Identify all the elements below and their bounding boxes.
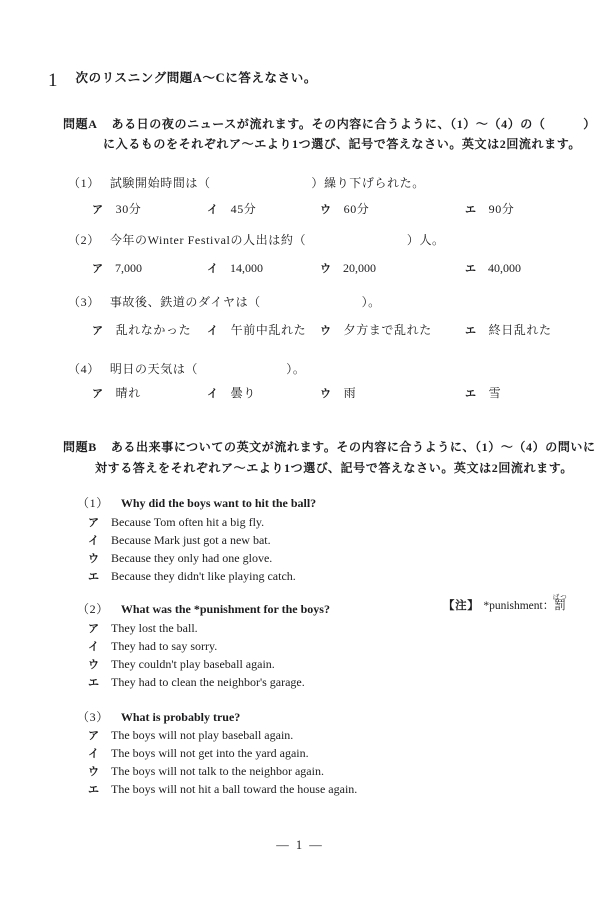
choice-kana: ウ	[88, 659, 99, 671]
part-b-question-3: （3）What is probably true?	[77, 710, 240, 724]
section-heading: 1次のリスニング問題A〜Cに答えなさい。	[48, 70, 317, 93]
choice-kana: エ	[465, 263, 476, 275]
choice-kana: イ	[88, 748, 99, 760]
choice-u: ウ雨	[320, 386, 356, 401]
choice-text: 終日乱れた	[489, 323, 552, 337]
choice-text: 40,000	[488, 261, 521, 275]
part-b-label: 問題B	[63, 440, 97, 454]
choice-text: 夕方まで乱れた	[344, 323, 432, 337]
choice-kana: エ	[465, 388, 477, 400]
choice-i: イ午前中乱れた	[207, 323, 306, 338]
question-text: 試験開始時間は（ ）繰り下げられた。	[110, 176, 425, 190]
choice-e: エThey had to clean the neighbor's garage…	[88, 675, 305, 690]
choice-kana: エ	[88, 784, 99, 796]
page-number: — 1 —	[0, 838, 600, 853]
choice-text: 14,000	[230, 261, 263, 275]
choice-e: エBecause they didn't like playing catch.	[88, 569, 296, 584]
choice-kana: ア	[92, 388, 104, 400]
choice-kana: ウ	[320, 325, 332, 337]
part-a-instruction-line2: に入るものをそれぞれア〜エより1つ選び、記号で答えなさい。英文は2回流れます。	[103, 137, 581, 151]
choice-text: Because they didn't like playing catch.	[111, 569, 296, 583]
choice-u: ウThe boys will not talk to the neighbor …	[88, 764, 324, 779]
choice-a: アThe boys will not play baseball again.	[88, 728, 293, 743]
choice-text: Because Mark just got a new bat.	[111, 533, 271, 547]
part-b-instruction-line2: 対する答えをそれぞれア〜エより1つ選び、記号で答えなさい。英文は2回流れます。	[95, 461, 573, 475]
choice-e: エ40,000	[465, 261, 521, 276]
part-a-question-3-choices: ア乱れなかった イ午前中乱れた ウ夕方まで乱れた エ終日乱れた	[0, 323, 600, 339]
choice-kana: ア	[92, 263, 103, 275]
part-a-question-2-choices: ア7,000 イ14,000 ウ20,000 エ40,000	[0, 261, 600, 277]
choice-a: アBecause Tom often hit a big fly.	[88, 515, 264, 530]
choice-kana: イ	[207, 388, 219, 400]
choice-a: アThey lost the ball.	[88, 621, 198, 636]
choice-kana: イ	[207, 263, 218, 275]
choice-text: 曇り	[231, 386, 256, 400]
choice-u: ウ60分	[320, 202, 369, 217]
part-a-question-4-choices: ア晴れ イ曇り ウ雨 エ雪	[0, 386, 600, 402]
vocabulary-note: 【注】*punishment：罰ばつ	[443, 594, 568, 614]
choice-kana: ア	[88, 623, 99, 635]
choice-kana: イ	[88, 535, 99, 547]
choice-text: 30分	[116, 202, 142, 216]
choice-text: 45分	[231, 202, 257, 216]
choice-text: They lost the ball.	[111, 621, 198, 635]
choice-kana: イ	[207, 204, 219, 216]
part-a-question-4: （4）明日の天気は（ ）。	[68, 362, 305, 376]
choice-u: ウ20,000	[320, 261, 376, 276]
choice-text: They had to say sorry.	[111, 639, 217, 653]
choice-kana: イ	[207, 325, 219, 337]
question-number: （2）	[77, 602, 109, 616]
choice-kana: ア	[92, 204, 104, 216]
choice-text: 90分	[489, 202, 515, 216]
choice-kana: エ	[465, 204, 477, 216]
choice-text: 60分	[344, 202, 370, 216]
part-a-question-1: （1）試験開始時間は（ ）繰り下げられた。	[68, 176, 425, 190]
choice-text: 雪	[489, 386, 502, 400]
choice-text: 乱れなかった	[116, 323, 192, 337]
choice-text: They had to clean the neighbor's garage.	[111, 675, 305, 689]
furigana: ばつ	[553, 594, 568, 601]
question-number: （2）	[68, 233, 100, 247]
choice-i: イ14,000	[207, 261, 263, 276]
choice-i: イ曇り	[207, 386, 256, 401]
question-text: Why did the boys want to hit the ball?	[121, 496, 316, 510]
choice-kana: ア	[88, 730, 99, 742]
choice-e: エ90分	[465, 202, 514, 217]
choice-text: 雨	[344, 386, 357, 400]
choice-i: イThe boys will not get into the yard aga…	[88, 746, 309, 761]
part-a-question-1-choices: ア30分 イ45分 ウ60分 エ90分	[0, 202, 600, 218]
question-number: （3）	[77, 710, 109, 724]
choice-text: The boys will not hit a ball toward the …	[111, 782, 357, 796]
exam-page: { "header": { "section_number": "1", "ti…	[0, 0, 600, 900]
choice-text: The boys will not play baseball again.	[111, 728, 293, 742]
choice-text: Because Tom often hit a big fly.	[111, 515, 264, 529]
question-number: （3）	[68, 295, 100, 309]
choice-u: ウThey couldn't play baseball again.	[88, 657, 275, 672]
part-a-label: 問題A	[63, 117, 97, 131]
choice-text: 20,000	[343, 261, 376, 275]
choice-text: They couldn't play baseball again.	[111, 657, 275, 671]
choice-kana: ウ	[88, 553, 99, 565]
choice-kana: イ	[88, 641, 99, 653]
choice-a: ア晴れ	[92, 386, 141, 401]
part-a-question-3: （3）事故後、鉄道のダイヤは（ ）。	[68, 295, 381, 309]
note-label: 【注】	[443, 600, 479, 612]
question-text: What was the *punishment for the boys?	[121, 602, 330, 616]
choice-u: ウBecause they only had one glove.	[88, 551, 272, 566]
section-title: 次のリスニング問題A〜Cに答えなさい。	[76, 71, 317, 85]
choice-a: ア30分	[92, 202, 141, 217]
part-a-question-2: （2）今年のWinter Festivalの人出は約（ ）人。	[68, 233, 445, 247]
question-text: 今年のWinter Festivalの人出は約（ ）人。	[110, 233, 445, 247]
note-word-with-furigana: 罰ばつ	[554, 600, 568, 612]
choice-a: ア7,000	[92, 261, 142, 276]
question-text: 明日の天気は（ ）。	[110, 362, 306, 376]
choice-i: イThey had to say sorry.	[88, 639, 217, 654]
choice-e: エ雪	[465, 386, 501, 401]
choice-text: Because they only had one glove.	[111, 551, 272, 565]
choice-kana: エ	[465, 325, 477, 337]
choice-kana: ア	[92, 325, 104, 337]
choice-i: イ45分	[207, 202, 256, 217]
choice-e: エ終日乱れた	[465, 323, 552, 338]
part-b-question-2: （2）What was the *punishment for the boys…	[77, 602, 330, 616]
choice-e: エThe boys will not hit a ball toward the…	[88, 782, 357, 797]
choice-kana: ウ	[320, 388, 332, 400]
choice-text: The boys will not talk to the neighbor a…	[111, 764, 324, 778]
choice-a: ア乱れなかった	[92, 323, 191, 338]
question-number: （4）	[68, 362, 100, 376]
choice-kana: ウ	[320, 204, 332, 216]
choice-kana: ア	[88, 517, 99, 529]
choice-i: イBecause Mark just got a new bat.	[88, 533, 271, 548]
choice-text: 7,000	[115, 261, 142, 275]
part-a-instruction-line1: 問題Aある日の夜のニュースが流れます。その内容に合うように、（1）〜（4）の（ …	[63, 117, 596, 131]
choice-text: 晴れ	[116, 386, 141, 400]
choice-kana: エ	[88, 677, 99, 689]
question-text: 事故後、鉄道のダイヤは（ ）。	[110, 295, 381, 309]
choice-kana: エ	[88, 571, 99, 583]
choice-kana: ウ	[320, 263, 331, 275]
question-text: What is probably true?	[121, 710, 240, 724]
choice-text: 午前中乱れた	[231, 323, 307, 337]
part-b-instruction-line1: 問題Bある出来事についての英文が流れます。その内容に合うように、（1）〜（4）の…	[63, 440, 596, 454]
note-term: *punishment：	[483, 600, 554, 612]
section-number: 1	[48, 70, 58, 93]
choice-kana: ウ	[88, 766, 99, 778]
choice-u: ウ夕方まで乱れた	[320, 323, 432, 338]
question-number: （1）	[77, 496, 109, 510]
part-b-question-1: （1）Why did the boys want to hit the ball…	[77, 496, 316, 510]
question-number: （1）	[68, 176, 100, 190]
choice-text: The boys will not get into the yard agai…	[111, 746, 309, 760]
